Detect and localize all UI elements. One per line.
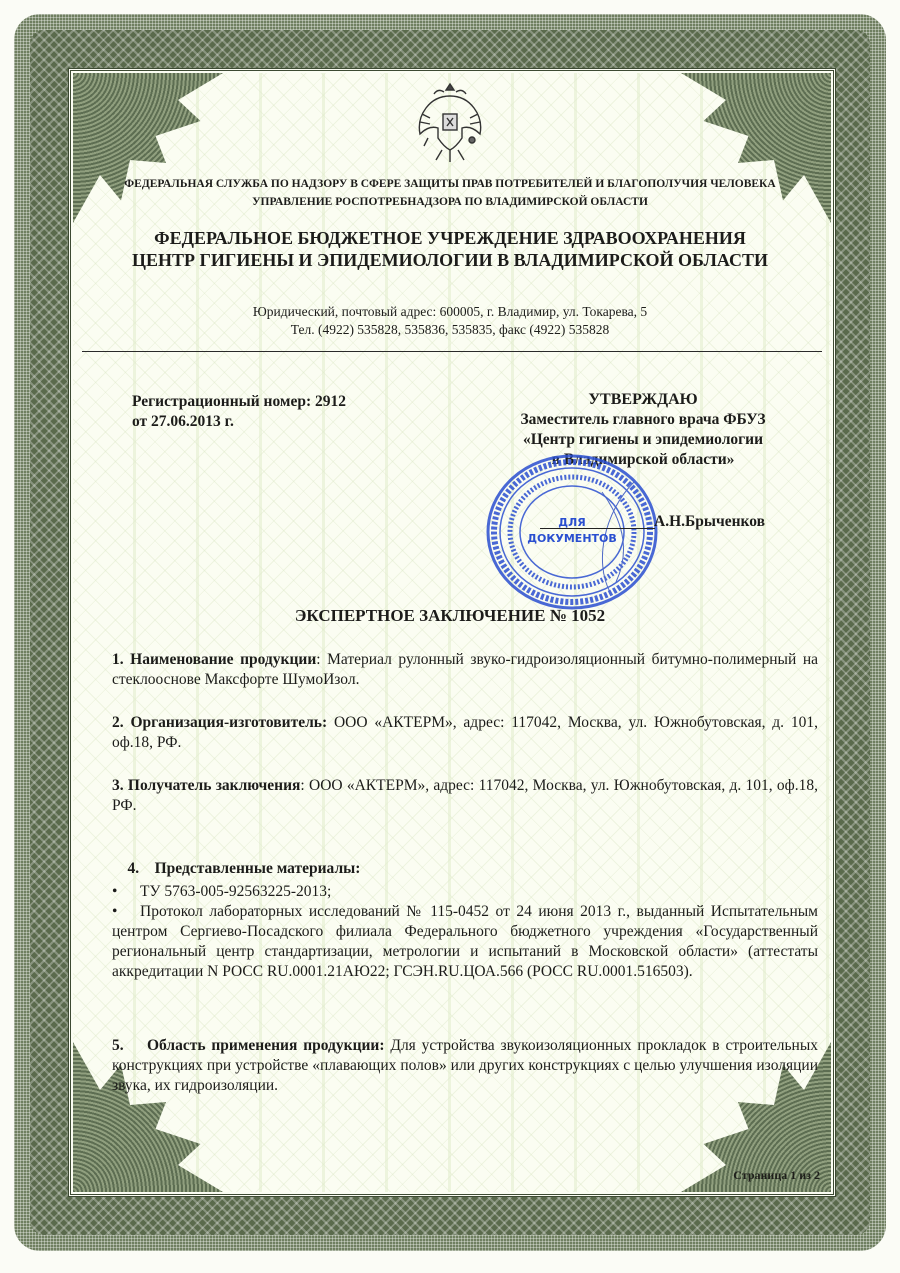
institution-phone: Тел. (4922) 535828, 535836, 535835, факс… (82, 322, 818, 338)
section-manufacturer: 2. Организация-изготовитель: ООО «АКТЕРМ… (112, 713, 818, 753)
institution-name-line1: ФЕДЕРАЛЬНОЕ БЮДЖЕТНОЕ УЧРЕЖДЕНИЕ ЗДРАВОО… (82, 228, 818, 249)
bullet-icon: • (112, 902, 140, 922)
section-recipient: 3. Получатель заключения: ООО «АКТЕРМ», … (112, 776, 818, 816)
agency-department: УПРАВЛЕНИЕ РОСПОТРЕБНАДЗОРА ПО ВЛАДИМИРС… (82, 196, 818, 208)
institution-name-line2: ЦЕНТР ГИГИЕНЫ И ЭПИДЕМИОЛОГИИ В ВЛАДИМИР… (82, 250, 818, 271)
signature-line (540, 528, 655, 529)
svg-text:ДОКУМЕНТОВ: ДОКУМЕНТОВ (527, 532, 617, 545)
section-label: 3. Получатель заключения (112, 777, 300, 794)
approval-org-line1: «Центр гигиены и эпидемиологии (478, 430, 808, 450)
registration-number: Регистрационный номер: 2912 (132, 392, 346, 412)
approval-position: Заместитель главного врача ФБУЗ (478, 410, 808, 430)
signer-name: А.Н.Брыченков (654, 513, 765, 531)
document-title: ЭКСПЕРТНОЕ ЗАКЛЮЧЕНИЕ № 1052 (82, 606, 818, 626)
section-application-area: 5. Область применения продукции: Для уст… (112, 1036, 818, 1096)
coat-of-arms-russia-icon (412, 78, 488, 170)
header-divider (82, 351, 822, 352)
bullet-icon: • (112, 882, 140, 902)
list-item: •Протокол лабораторных исследований № 11… (112, 902, 818, 982)
materials-list: • ТУ 5763-005-92563225-2013; •Протокол л… (112, 882, 818, 982)
approval-title: УТВЕРЖДАЮ (478, 390, 808, 410)
document-page: ФЕДЕРАЛЬНАЯ СЛУЖБА ПО НАДЗОРУ В СФЕРЕ ЗА… (0, 0, 900, 1273)
registration-date: от 27.06.2013 г. (132, 412, 346, 432)
section-label: 5. Область применения продукции: (112, 1037, 385, 1054)
section-label: 4. Представленные материалы: (128, 860, 361, 877)
page-number: Страница 1 из 2 (733, 1168, 820, 1183)
section-product-name: 1. Наименование продукции: Материал руло… (112, 650, 818, 690)
agency-name: ФЕДЕРАЛЬНАЯ СЛУЖБА ПО НАДЗОРУ В СФЕРЕ ЗА… (82, 178, 818, 190)
section-label: 1. Наименование продукции (112, 651, 316, 668)
section-label: 2. Организация-изготовитель: (112, 714, 327, 731)
official-stamp-icon: ДЛЯ ДОКУМЕНТОВ (484, 452, 660, 612)
institution-address: Юридический, почтовый адрес: 600005, г. … (82, 304, 818, 320)
registration-block: Регистрационный номер: 2912 от 27.06.201… (132, 392, 346, 432)
list-item: • ТУ 5763-005-92563225-2013; (112, 882, 818, 902)
